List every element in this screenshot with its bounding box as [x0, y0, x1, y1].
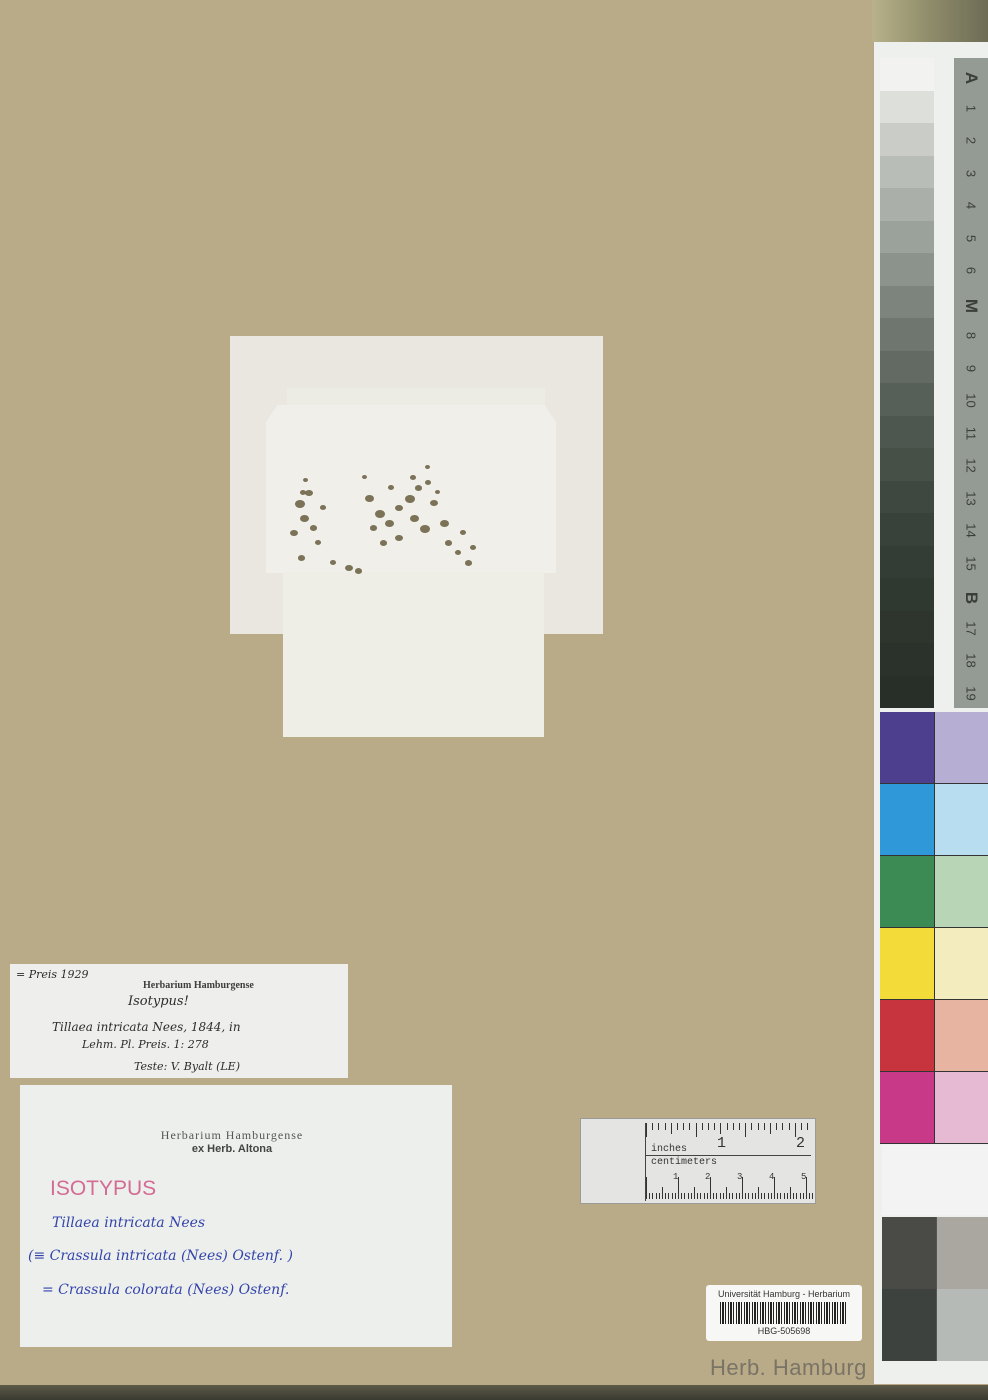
gray-step-label: 19 [964, 676, 979, 710]
ruler-tick [720, 1193, 721, 1199]
gray-step-label: 14 [964, 514, 979, 548]
ruler-tick [739, 1193, 740, 1199]
gray-scale-labels: A123456M89101112131415B171819 [954, 58, 988, 708]
plant-fragment [415, 485, 422, 491]
ruler-tick [807, 1123, 808, 1130]
ruler-tick [649, 1193, 650, 1199]
annotation-text: = Preis 1929 [16, 968, 89, 981]
ruler-tick [809, 1193, 810, 1199]
gray-step-label: 17 [964, 611, 979, 645]
ruler-tick [662, 1187, 663, 1199]
label-header: Herbarium Hamburgense [143, 980, 254, 991]
gray-step-label: A [961, 61, 981, 95]
ruler-tick [751, 1123, 752, 1130]
gray-step-label: 10 [964, 384, 979, 418]
color-patch-row [880, 712, 988, 784]
gray-step [880, 91, 934, 124]
main-label: Herbarium Hamburgense ex Herb. Altona IS… [20, 1085, 452, 1347]
ruler-tick [700, 1193, 701, 1199]
barcode-institution: Universität Hamburg - Herbarium [706, 1289, 862, 1299]
label-header: Herbarium Hamburgense [132, 1128, 332, 1143]
herbarium-stamp: Herb. Hamburg [710, 1355, 867, 1381]
gray-step-label: 2 [964, 124, 979, 158]
taxon-line-2: (≡ Crassula intricata (Nees) Ostenf. ) [28, 1248, 293, 1264]
color-patch-row [880, 1072, 988, 1144]
ruler-tick [755, 1193, 756, 1199]
ruler-tick [704, 1193, 705, 1199]
ruler-tick [714, 1123, 715, 1130]
gray-step-label: B [961, 581, 981, 615]
color-patch [934, 784, 988, 855]
cm-mark-2: 2 [705, 1172, 710, 1182]
cm-mark-5: 5 [801, 1172, 806, 1182]
gray-patch [882, 1217, 936, 1289]
scanner-background [872, 0, 988, 42]
ruler-tick [675, 1193, 676, 1199]
gray-step [880, 123, 934, 156]
plant-fragment [355, 568, 362, 574]
inch-mark-2: 2 [796, 1135, 805, 1152]
gray-step-label: 1 [964, 91, 979, 125]
ruler-tick [708, 1123, 709, 1130]
ruler-tick [677, 1123, 678, 1130]
plant-fragment [370, 525, 377, 531]
gray-step [880, 481, 934, 514]
ruler-tick [726, 1187, 727, 1199]
ruler-tick [659, 1193, 660, 1199]
ruler-tick [771, 1193, 772, 1199]
gray-step-label: 8 [964, 319, 979, 353]
ruler-tick [681, 1193, 682, 1199]
gray-scale-strip [880, 58, 934, 708]
plant-fragment [300, 490, 306, 495]
gray-step [880, 351, 934, 384]
cm-mark-4: 4 [769, 1172, 774, 1182]
ruler-tick [796, 1193, 797, 1199]
gray-step-label: 18 [964, 644, 979, 678]
ruler-tick [671, 1123, 672, 1134]
gray-step [880, 58, 934, 91]
teste-text: Teste: V. Byalt (LE) [134, 1060, 240, 1073]
ruler-tick [672, 1193, 673, 1199]
inches-label: inches [651, 1144, 687, 1155]
ruler-tick [665, 1193, 666, 1199]
gray-patch [882, 1289, 936, 1361]
ruler-tick [784, 1193, 785, 1199]
ruler-tick [803, 1193, 804, 1199]
gray-step [880, 221, 934, 254]
color-patch [880, 1072, 934, 1143]
ruler-tick [801, 1123, 802, 1130]
ruler-tick [696, 1123, 697, 1137]
color-patch [880, 1000, 934, 1071]
ruler-tick [789, 1123, 790, 1130]
gray-step-label: M [961, 289, 981, 323]
taxon-line-3: = Crassula colorata (Nees) Ostenf. [42, 1282, 289, 1298]
ruler-tick [691, 1193, 692, 1199]
color-patch [880, 856, 934, 927]
scanner-edge [0, 1385, 988, 1400]
ruler-tick [652, 1193, 653, 1199]
gray-step-label: 5 [964, 221, 979, 255]
ruler-tick [793, 1193, 794, 1199]
ruler-tick [776, 1123, 777, 1130]
gray-patch [936, 1217, 988, 1289]
ruler-tick [646, 1123, 647, 1137]
gray-step [880, 611, 934, 644]
color-patch [880, 928, 934, 999]
plant-fragment [330, 560, 336, 565]
ruler-tick [658, 1123, 659, 1130]
ruler-tick [652, 1123, 653, 1130]
packet-bottom-flap [283, 572, 544, 737]
ruler-tick [800, 1193, 801, 1199]
dark-patch-row [882, 1217, 988, 1289]
ruler-tick [646, 1177, 647, 1199]
ruler-tick [720, 1123, 721, 1134]
ruler-tick [770, 1123, 771, 1134]
cm-mark-1: 1 [673, 1172, 678, 1182]
ruler-tick [780, 1193, 781, 1199]
plant-fragment [380, 540, 387, 546]
ruler-tick [787, 1193, 788, 1199]
dark-patch-row [882, 1289, 988, 1361]
cm-mark-3: 3 [737, 1172, 742, 1182]
plant-fragment [420, 525, 430, 533]
ruler-tick [777, 1193, 778, 1199]
ruler-tick [727, 1123, 728, 1130]
ruler-tick [761, 1193, 762, 1199]
ruler-tick [723, 1193, 724, 1199]
gray-step-label: 11 [964, 416, 979, 450]
label-subheader: ex Herb. Altona [132, 1143, 332, 1155]
ruler-tick [745, 1193, 746, 1199]
ruler-tick [689, 1123, 690, 1130]
ruler-divider [645, 1155, 811, 1156]
color-patch [880, 784, 934, 855]
plant-fragment [410, 475, 416, 480]
ruler-tick [733, 1123, 734, 1130]
ruler-tick [716, 1193, 717, 1199]
plant-fragment [425, 480, 431, 485]
ruler-tick [812, 1193, 813, 1199]
ruler-tick [713, 1193, 714, 1199]
gray-step-label: 3 [964, 156, 979, 190]
ruler-tick [732, 1193, 733, 1199]
barcode-icon [720, 1302, 848, 1324]
color-patch-row [880, 784, 988, 856]
ruler-tick [665, 1123, 666, 1130]
gray-step [880, 383, 934, 416]
ruler-tick [697, 1193, 698, 1199]
white-patch [882, 1145, 988, 1215]
plant-fragment [435, 490, 440, 494]
barcode-number: HBG-505698 [706, 1326, 862, 1336]
plant-fragment [375, 510, 385, 518]
gray-step-label: 6 [964, 254, 979, 288]
ruler-tick [768, 1193, 769, 1199]
ruler-tick [739, 1123, 740, 1130]
scale-ruler: inches 1 2 centimeters 1 2 3 4 5 [580, 1118, 816, 1204]
ruler-tick [694, 1187, 695, 1199]
color-patches [880, 712, 988, 1144]
ruler-tick [790, 1187, 791, 1199]
plant-fragment [405, 495, 415, 503]
gray-step [880, 676, 934, 709]
taxon-line-1: Tillaea intricata Nees [52, 1215, 205, 1231]
color-patch [934, 856, 988, 927]
color-patch-row [880, 928, 988, 1000]
plant-fragment [388, 485, 394, 490]
ruler-tick [702, 1123, 703, 1130]
gray-step-label: 12 [964, 449, 979, 483]
plant-fragment [298, 555, 305, 561]
color-patch [934, 1000, 988, 1071]
gray-step [880, 286, 934, 319]
plant-fragment [470, 545, 476, 550]
gray-step [880, 188, 934, 221]
color-patch [934, 928, 988, 999]
gray-patch [936, 1289, 988, 1361]
gray-step [880, 643, 934, 676]
gray-step [880, 318, 934, 351]
ruler-tick [782, 1123, 783, 1130]
gray-step [880, 513, 934, 546]
plant-fragment [465, 560, 472, 566]
ruler-tick [745, 1123, 746, 1137]
gray-step [880, 546, 934, 579]
status-text: Isotypus! [128, 994, 189, 1009]
plant-fragment [425, 465, 430, 469]
plant-fragment [310, 525, 317, 531]
ruler-tick [688, 1193, 689, 1199]
gray-step-label: 4 [964, 189, 979, 223]
plant-fragment [320, 505, 326, 510]
gray-step [880, 253, 934, 286]
gray-step-label: 9 [964, 351, 979, 385]
ruler-tick [752, 1193, 753, 1199]
ruler-tick [707, 1193, 708, 1199]
isotypus-stamp: ISOTYPUS [50, 1177, 156, 1201]
specimen-packet [266, 405, 556, 573]
ruler-tick [758, 1187, 759, 1199]
centimeters-label: centimeters [651, 1157, 717, 1168]
plant-fragment [445, 540, 452, 546]
ruler-tick [748, 1193, 749, 1199]
gray-step [880, 448, 934, 481]
gray-step-label: 15 [964, 546, 979, 580]
plant-fragment [362, 475, 367, 479]
color-patch [934, 1072, 988, 1143]
plant-fragment [303, 478, 308, 482]
name-line-2: Lehm. Pl. Preis. 1: 278 [82, 1038, 209, 1051]
plant-fragment [315, 540, 321, 545]
gray-step [880, 578, 934, 611]
ruler-tick [668, 1193, 669, 1199]
color-patch [934, 712, 988, 783]
ruler-tick [764, 1123, 765, 1130]
plant-fragment [455, 550, 461, 555]
ruler-tick [729, 1193, 730, 1199]
plant-fragment [295, 500, 305, 508]
barcode-label: Universität Hamburg - Herbarium HBG-5056… [706, 1285, 862, 1341]
color-patch-row [880, 1000, 988, 1072]
gray-step-label: 13 [964, 481, 979, 515]
name-line-1: Tillaea intricata Nees, 1844, in [52, 1020, 241, 1034]
ruler-tick [736, 1193, 737, 1199]
ruler-tick [764, 1193, 765, 1199]
ruler-tick [683, 1123, 684, 1130]
ruler-tick [656, 1193, 657, 1199]
ruler-tick [684, 1193, 685, 1199]
gray-step [880, 416, 934, 449]
color-patch [880, 712, 934, 783]
inch-mark-1: 1 [717, 1135, 726, 1152]
gray-step [880, 156, 934, 189]
determination-label: = Preis 1929 Herbarium Hamburgense Isoty… [10, 964, 348, 1078]
plant-fragment [460, 530, 466, 535]
color-patch-row [880, 856, 988, 928]
ruler-tick [758, 1123, 759, 1130]
